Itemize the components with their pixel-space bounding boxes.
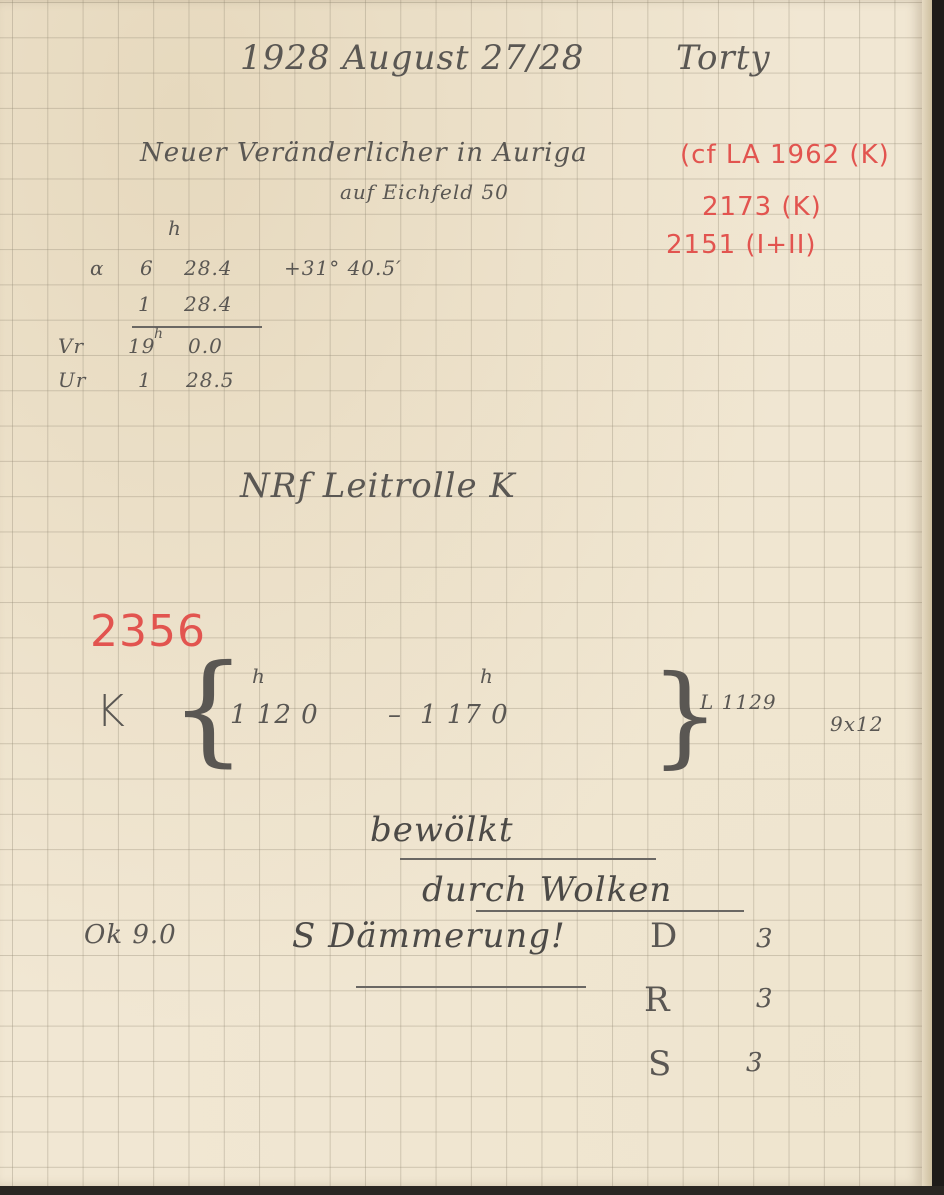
title-line-2: auf Eichfeld 50	[340, 180, 509, 204]
note-through-clouds: durch Wolken	[422, 870, 672, 910]
exposure-start: 1 12 0	[230, 700, 319, 730]
red-reference-2: 2173 (K)	[702, 192, 822, 222]
red-reference-1: (cf LA 1962 (K)	[680, 140, 890, 170]
list-value-d: 3	[756, 924, 774, 954]
row3-label: Vr	[58, 334, 84, 358]
row2-hour: 1	[138, 292, 152, 316]
notebook-binding	[932, 0, 944, 1195]
notebook-bottom-edge	[0, 1186, 944, 1195]
declination: +31° 40.5′	[284, 256, 402, 280]
row1-hour: 6	[140, 256, 154, 280]
start-hour-mark: h	[252, 664, 266, 688]
underline-twilight	[356, 986, 586, 988]
range-separator: –	[388, 700, 402, 730]
row4-hour: 1	[138, 368, 152, 392]
sum-rule	[132, 326, 262, 328]
row3-hour: 19	[128, 334, 155, 358]
alpha-label: α	[90, 256, 105, 280]
underline-clouds	[476, 910, 744, 912]
list-value-r: 3	[756, 984, 774, 1014]
guide-star-note: NRf Leitrolle K	[240, 466, 516, 506]
row3-minutes: 0.0	[188, 334, 223, 358]
notebook-page: 1928 August 27/28 Torty Neuer Veränderli…	[0, 0, 922, 1186]
end-hour-mark: h	[480, 664, 494, 688]
right-brace: }	[650, 660, 720, 770]
row2-minutes: 28.4	[184, 292, 233, 316]
note-cloudy: bewölkt	[370, 810, 514, 850]
observer-signature: Torty	[676, 38, 771, 78]
red-reference-3: 2151 (I+II)	[666, 230, 817, 260]
list-letter-d: D	[650, 916, 678, 956]
page-edge	[922, 0, 932, 1186]
row3-unit: h	[154, 326, 164, 342]
row1-minutes: 28.4	[184, 256, 233, 280]
title-line-1: Neuer Veränderlicher in Auriga	[140, 138, 588, 168]
list-value-s: 3	[746, 1048, 764, 1078]
exposure-end: 1 17 0	[420, 700, 509, 730]
list-letter-s: S	[648, 1044, 672, 1084]
k-label: K	[96, 686, 126, 737]
list-letter-r: R	[644, 980, 671, 1020]
date-line: 1928 August 27/28	[240, 38, 584, 78]
hour-superscript: h	[168, 216, 182, 240]
note-twilight: S Dämmerung!	[292, 916, 566, 956]
underline-cloudy	[400, 858, 656, 860]
row4-minutes: 28.5	[186, 368, 235, 392]
catalogue-reference: L 1129	[700, 690, 777, 714]
note-time: Ok 9.0	[84, 920, 177, 950]
plate-size: 9x12	[830, 712, 883, 736]
row4-label: Ur	[58, 368, 86, 392]
